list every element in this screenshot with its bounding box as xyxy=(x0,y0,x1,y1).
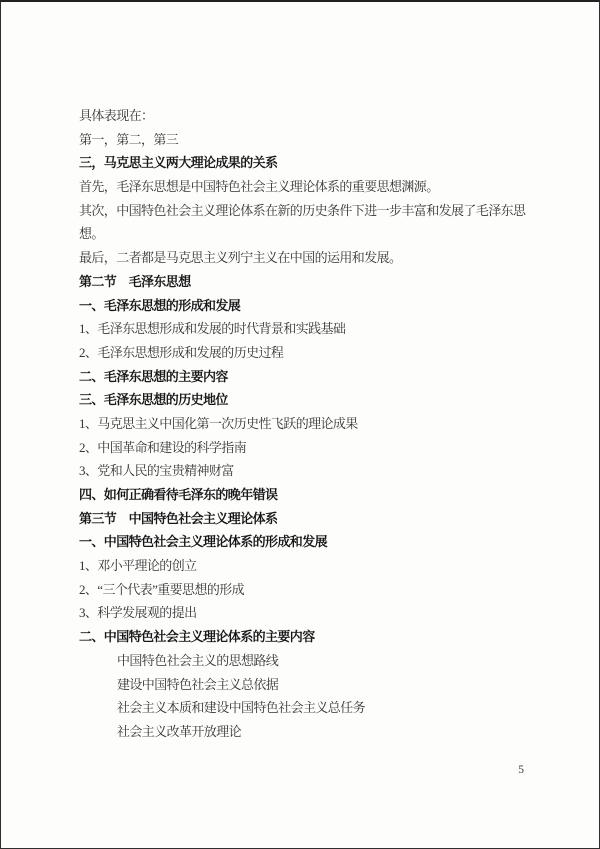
page-content: 具体表现在： 第一，第二，第三 三，马克思主义两大理论成果的关系 首先，毛泽东思… xyxy=(79,104,525,744)
doc-line: 1、马克思主义中国化第一次历史性飞跃的理论成果 xyxy=(79,412,525,436)
heading-line: 三、毛泽东思想的历史地位 xyxy=(79,388,525,412)
doc-line: 最后，二者都是马克思主义列宁主义在中国的运用和发展。 xyxy=(79,246,525,270)
doc-line: 首先，毛泽东思想是中国特色社会主义理论体系的重要思想渊源。 xyxy=(79,175,525,199)
doc-line: 其次，中国特色社会主义理论体系在新的历史条件下进一步丰富和发展了毛泽东思 xyxy=(79,199,525,223)
doc-line: 社会主义本质和建设中国特色社会主义总任务 xyxy=(79,696,525,720)
doc-line: 想。 xyxy=(79,222,525,246)
section-heading: 第三节 中国特色社会主义理论体系 xyxy=(79,507,525,531)
doc-line: 中国特色社会主义的思想路线 xyxy=(79,649,525,673)
doc-line: 1、邓小平理论的创立 xyxy=(79,554,525,578)
heading-line: 三，马克思主义两大理论成果的关系 xyxy=(79,151,525,175)
heading-line: 二、毛泽东思想的主要内容 xyxy=(79,365,525,389)
document-page: 具体表现在： 第一，第二，第三 三，马克思主义两大理论成果的关系 首先，毛泽东思… xyxy=(0,0,600,849)
heading-line: 四、如何正确看待毛泽东的晚年错误 xyxy=(79,483,525,507)
page-number: 5 xyxy=(518,764,524,776)
doc-line: 建设中国特色社会主义总依据 xyxy=(79,673,525,697)
doc-line: 1、毛泽东思想形成和发展的时代背景和实践基础 xyxy=(79,317,525,341)
section-heading: 第二节 毛泽东思想 xyxy=(79,270,525,294)
doc-line: 3、科学发展观的提出 xyxy=(79,601,525,625)
heading-line: 一、中国特色社会主义理论体系的形成和发展 xyxy=(79,530,525,554)
doc-line: 第一，第二，第三 xyxy=(79,128,525,152)
heading-line: 二、中国特色社会主义理论体系的主要内容 xyxy=(79,625,525,649)
doc-line: 具体表现在： xyxy=(79,104,525,128)
doc-line: 2、毛泽东思想形成和发展的历史过程 xyxy=(79,341,525,365)
doc-line: 2、“三个代表”重要思想的形成 xyxy=(79,578,525,602)
heading-line: 一、毛泽东思想的形成和发展 xyxy=(79,294,525,318)
doc-line: 社会主义改革开放理论 xyxy=(79,720,525,744)
doc-line: 3、党和人民的宝贵精神财富 xyxy=(79,459,525,483)
doc-line: 2、中国革命和建设的科学指南 xyxy=(79,436,525,460)
